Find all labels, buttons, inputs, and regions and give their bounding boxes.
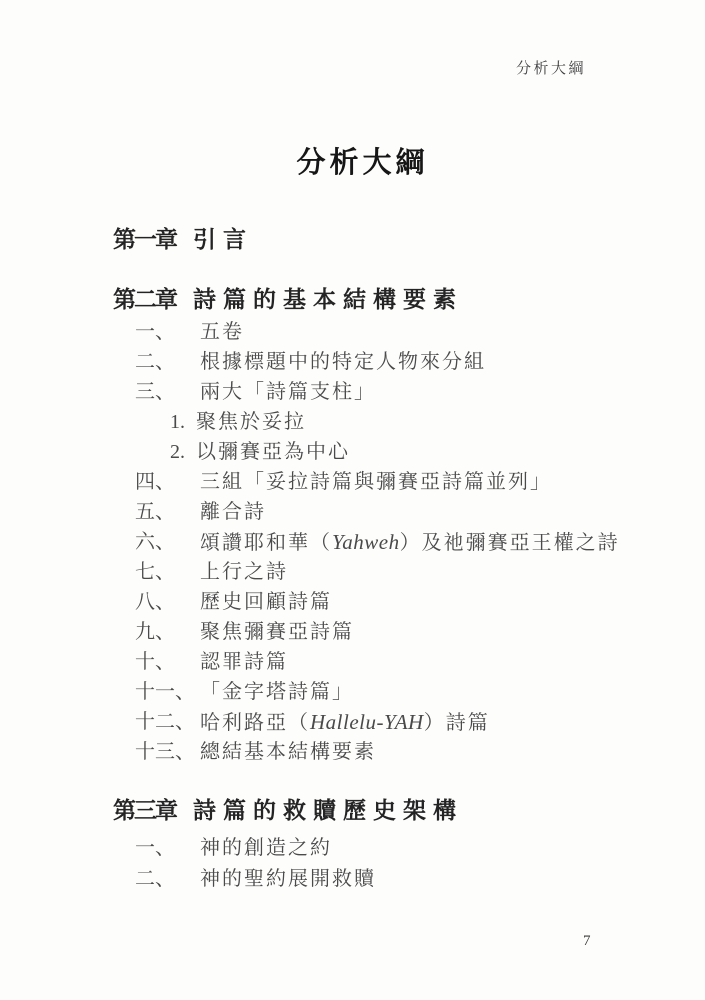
document-title: 分析大綱 bbox=[10, 140, 705, 181]
item-ordinal: 八、 bbox=[135, 587, 200, 617]
outline-list-chapter-2: 一、五卷 二、根據標題中的特定人物來分組 三、兩大「詩篇支柱」 1.聚焦於妥拉 … bbox=[135, 317, 620, 767]
outline-item: 十三、總結基本結構要素 bbox=[135, 737, 620, 767]
outline-subitem: 2.以彌賽亞為中心 bbox=[135, 437, 620, 467]
outline-item: 九、聚焦彌賽亞詩篇 bbox=[135, 617, 620, 647]
item-text-post: ）及祂彌賽亞王權之詩 bbox=[400, 532, 620, 554]
item-ordinal: 五、 bbox=[135, 497, 200, 527]
outline-item: 六、頌讚耶和華（Yahweh）及祂彌賽亞王權之詩 bbox=[135, 527, 620, 557]
item-text: 歷史回顧詩篇 bbox=[200, 591, 332, 613]
chapter-number: 第三章 bbox=[113, 798, 176, 823]
item-ordinal: 十三、 bbox=[135, 737, 200, 767]
item-text: 根據標題中的特定人物來分組 bbox=[200, 351, 486, 373]
outline-item: 十一、「金字塔詩篇」 bbox=[135, 677, 620, 707]
item-ordinal: 九、 bbox=[135, 617, 200, 647]
item-ordinal: 六、 bbox=[135, 527, 200, 557]
item-text: 上行之詩 bbox=[200, 561, 288, 583]
chapter-heading-3: 第三章詩篇的救贖歷史架構 bbox=[113, 797, 463, 825]
chapter-heading-2: 第二章詩篇的基本結構要素 bbox=[113, 286, 463, 314]
item-text: 總結基本結構要素 bbox=[200, 741, 376, 763]
item-text: 哈利路亞（Hallelu-YAH）詩篇 bbox=[200, 712, 490, 734]
outline-item: 十二、哈利路亞（Hallelu-YAH）詩篇 bbox=[135, 707, 620, 737]
outline-item: 五、離合詩 bbox=[135, 497, 620, 527]
item-text-post: ）詩篇 bbox=[424, 712, 490, 734]
subitem-number: 1. bbox=[170, 407, 196, 437]
item-text: 離合詩 bbox=[200, 501, 266, 523]
chapter-number: 第二章 bbox=[113, 287, 176, 312]
item-text: 頌讚耶和華（Yahweh）及祂彌賽亞王權之詩 bbox=[200, 532, 620, 554]
chapter-title: 詩篇的救贖歷史架構 bbox=[193, 798, 463, 823]
page-number: 7 bbox=[583, 933, 591, 950]
item-ordinal: 二、 bbox=[135, 347, 200, 377]
outline-item: 十、認罪詩篇 bbox=[135, 647, 620, 677]
outline-item: 三、兩大「詩篇支柱」 bbox=[135, 377, 620, 407]
item-text: 「金字塔詩篇」 bbox=[200, 681, 354, 703]
outline-item: 八、歷史回顧詩篇 bbox=[135, 587, 620, 617]
subitem-number: 2. bbox=[170, 437, 196, 467]
latin-term: Yahweh bbox=[332, 530, 400, 554]
latin-term: Hallelu-YAH bbox=[310, 710, 424, 734]
item-text: 神的聖約展開救贖 bbox=[200, 868, 376, 890]
item-ordinal: 十、 bbox=[135, 647, 200, 677]
chapter-heading-1: 第一章引言 bbox=[113, 226, 253, 254]
outline-subitem: 1.聚焦於妥拉 bbox=[135, 407, 620, 437]
outline-item: 四、三組「妥拉詩篇與彌賽亞詩篇並列」 bbox=[135, 467, 620, 497]
item-ordinal: 一、 bbox=[135, 317, 200, 347]
outline-item: 二、根據標題中的特定人物來分組 bbox=[135, 347, 620, 377]
outline-item: 一、五卷 bbox=[135, 317, 620, 347]
item-text-pre: 哈利路亞（ bbox=[200, 712, 310, 734]
item-text: 認罪詩篇 bbox=[200, 651, 288, 673]
item-text-pre: 頌讚耶和華（ bbox=[200, 532, 332, 554]
chapter-number: 第一章 bbox=[113, 227, 176, 252]
item-ordinal: 一、 bbox=[135, 833, 200, 864]
running-header: 分析大綱 bbox=[516, 57, 586, 78]
outline-item: 一、神的創造之約 bbox=[135, 833, 376, 864]
item-ordinal: 四、 bbox=[135, 467, 200, 497]
item-text: 五卷 bbox=[200, 321, 244, 343]
item-ordinal: 十一、 bbox=[135, 677, 200, 707]
outline-item: 七、上行之詩 bbox=[135, 557, 620, 587]
chapter-title: 引言 bbox=[193, 227, 253, 252]
item-ordinal: 三、 bbox=[135, 377, 200, 407]
outline-list-chapter-3: 一、神的創造之約 二、神的聖約展開救贖 bbox=[135, 833, 376, 895]
subitem-text: 以彌賽亞為中心 bbox=[196, 441, 350, 463]
item-text: 三組「妥拉詩篇與彌賽亞詩篇並列」 bbox=[200, 471, 552, 493]
item-ordinal: 七、 bbox=[135, 557, 200, 587]
outline-item: 二、神的聖約展開救贖 bbox=[135, 864, 376, 895]
item-text: 聚焦彌賽亞詩篇 bbox=[200, 621, 354, 643]
item-ordinal: 二、 bbox=[135, 864, 200, 895]
document-page: 分析大綱 分析大綱 第一章引言 第二章詩篇的基本結構要素 一、五卷 二、根據標題… bbox=[0, 0, 705, 1000]
chapter-title: 詩篇的基本結構要素 bbox=[193, 287, 463, 312]
item-ordinal: 十二、 bbox=[135, 707, 200, 737]
item-text: 神的創造之約 bbox=[200, 837, 332, 859]
item-text: 兩大「詩篇支柱」 bbox=[200, 381, 376, 403]
subitem-text: 聚焦於妥拉 bbox=[196, 411, 306, 433]
